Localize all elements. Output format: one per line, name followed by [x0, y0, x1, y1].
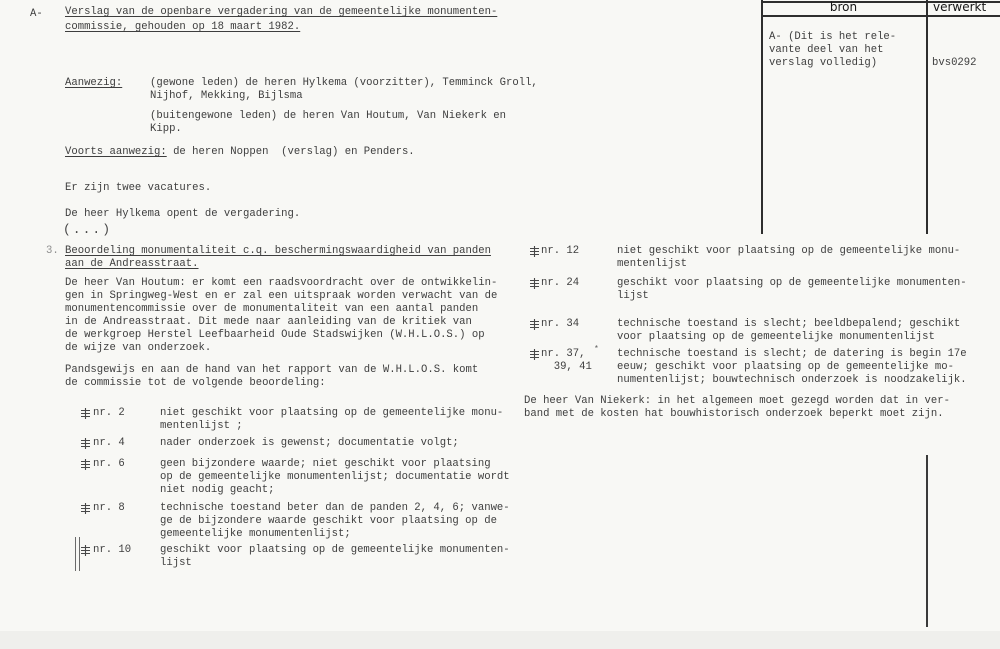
table-border-line: [761, 0, 763, 234]
agenda-item-heading: Beoordeling monumentaliteit c.q. bescher…: [65, 245, 491, 271]
document-page: A- Verslag van de openbare vergadering v…: [0, 0, 1000, 649]
number-symbol-icon: [81, 503, 90, 519]
vacancies-line: Er zijn twee vacatures.: [65, 182, 211, 195]
stamp-code: bvs0292: [932, 57, 977, 70]
stamp-col-verwerkt-header: verwerkt: [933, 1, 986, 14]
number-symbol-icon: [530, 246, 539, 262]
number-symbol-icon: [530, 349, 539, 365]
footnote-mark: *: [594, 343, 599, 356]
paragraph-assessment-intro: Pandsgewijs en aan de hand van het rappo…: [65, 364, 478, 390]
paragraph-van-niekerk: De heer Van Niekerk: in het algemeen moe…: [524, 395, 950, 421]
number-symbol-icon: [530, 319, 539, 335]
assessment-number: nr. 24: [541, 277, 579, 290]
number-symbol-icon: [81, 545, 90, 561]
paragraph-van-houtum: De heer Van Houtum: er komt een raadsvoo…: [65, 277, 497, 355]
attendance-extraordinary: (buitengewone leden) de heren Van Houtum…: [150, 110, 506, 136]
assessment-number: nr. 6: [93, 458, 125, 471]
number-symbol-icon: [530, 278, 539, 294]
table-border-line: [926, 455, 928, 627]
assessment-text: nader onderzoek is gewenst; documentatie…: [160, 437, 459, 450]
ellipsis-marker: (...): [63, 223, 112, 236]
assessment-text: niet geschikt voor plaatsing op de gemee…: [160, 407, 503, 433]
scan-edge-shadow: [0, 631, 1000, 649]
assessment-text: geschikt voor plaatsing op de gemeenteli…: [160, 544, 510, 570]
assessment-number: nr. 12: [541, 245, 579, 258]
opening-line: De heer Hylkema opent de vergadering.: [65, 208, 300, 221]
stamp-col-bron-header: bron: [761, 1, 926, 14]
number-symbol-icon: [81, 459, 90, 475]
table-border-line: [761, 15, 1000, 17]
assessment-number: nr. 2: [93, 407, 125, 420]
assessment-number: nr. 4: [93, 437, 125, 450]
number-symbol-icon: [81, 408, 90, 424]
also-present-text: de heren Noppen (verslag) en Penders.: [167, 146, 415, 158]
attendance-label: Aanwezig:: [65, 77, 122, 90]
assessment-text: technische toestand is slecht; beeldbepa…: [617, 318, 960, 344]
assessment-number: nr. 8: [93, 502, 125, 515]
assessment-text: geschikt voor plaatsing op de gemeenteli…: [617, 277, 967, 303]
assessment-text: niet geschikt voor plaatsing op de gemee…: [617, 245, 960, 271]
assessment-number: nr. 37, 39, 41: [541, 348, 592, 374]
assessment-number: nr. 34: [541, 318, 579, 331]
attendance-regular: (gewone leden) de heren Hylkema (voorzit…: [150, 77, 538, 103]
number-symbol-icon: [81, 438, 90, 454]
assessment-text: geen bijzondere waarde; niet geschikt vo…: [160, 458, 510, 497]
also-present-line: Voorts aanwezig: de heren Noppen (versla…: [65, 146, 415, 159]
report-title: Verslag van de openbare vergadering van …: [65, 5, 497, 35]
margin-emphasis-mark: [75, 537, 80, 571]
agenda-item-number: 3.: [46, 245, 59, 258]
assessment-number: nr. 10: [93, 544, 131, 557]
assessment-text: technische toestand beter dan de panden …: [160, 502, 510, 541]
margin-label: A-: [30, 8, 43, 21]
table-border-line: [926, 0, 928, 234]
stamp-note: A- (Dit is het rele- vante deel van het …: [769, 31, 896, 70]
also-present-label: Voorts aanwezig:: [65, 146, 167, 158]
assessment-text: technische toestand is slecht; de dateri…: [617, 348, 967, 387]
